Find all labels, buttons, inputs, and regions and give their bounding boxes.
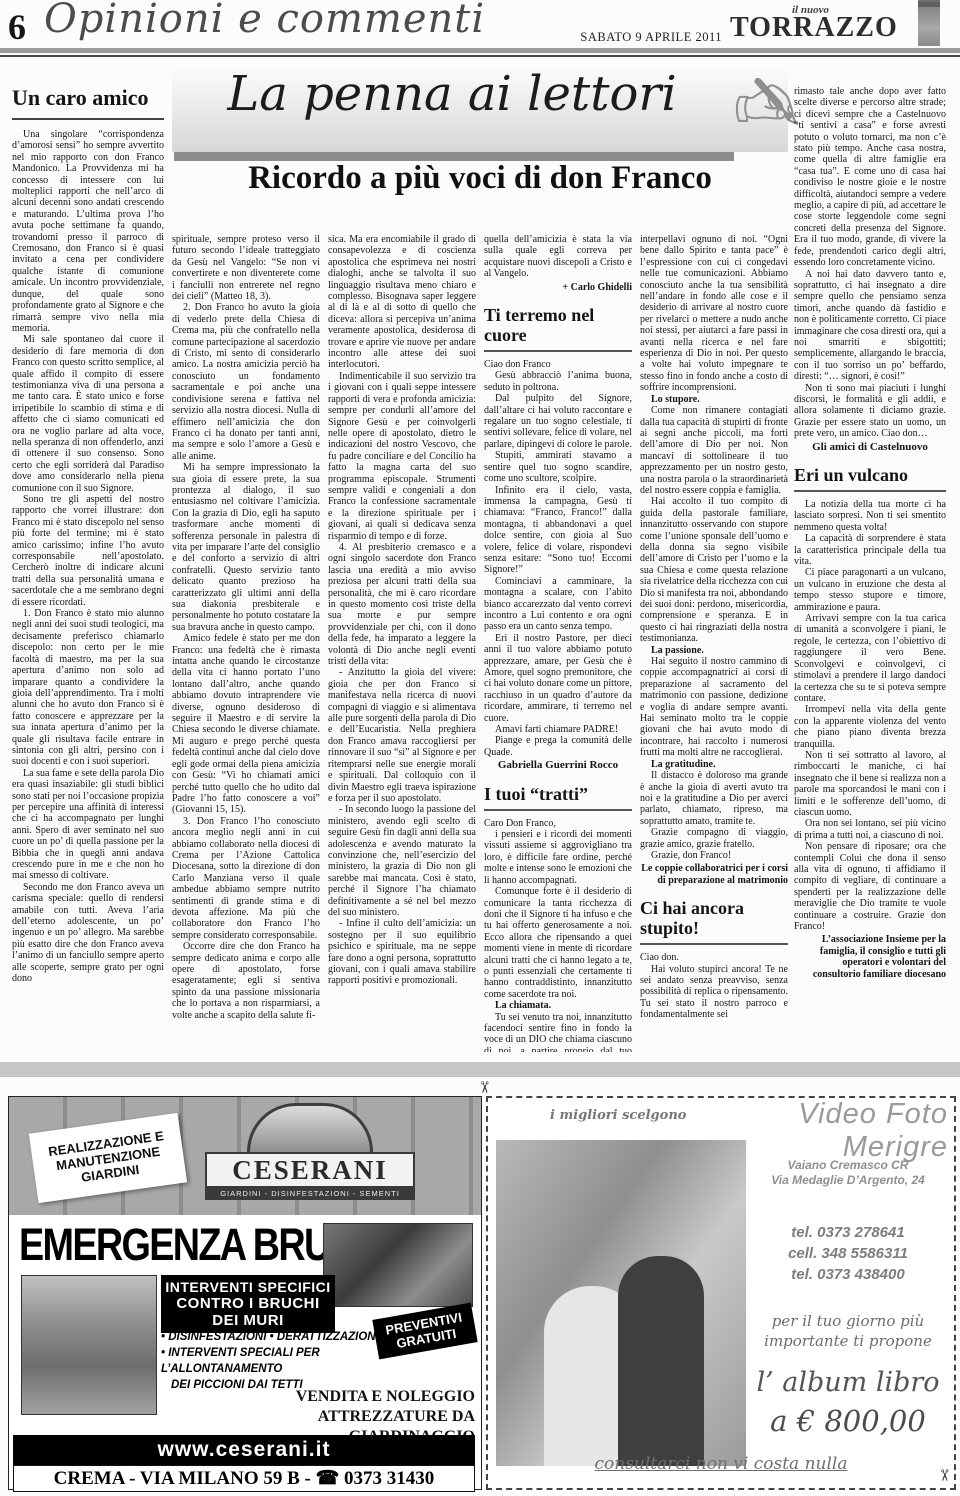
ceserani-arch-emblem bbox=[247, 1103, 373, 1152]
paragraph: Caro Don Franco, bbox=[484, 818, 632, 829]
phone-number: tel. 0373 438400 bbox=[750, 1264, 946, 1285]
body-column-3: quella dell’amicizia è stata la via sull… bbox=[484, 234, 632, 1052]
tower-icon bbox=[918, 2, 940, 46]
paragraph: Comunque forte è il desiderio di comunic… bbox=[484, 886, 632, 1000]
paragraph: sica. Ma era encomiabile il grado di con… bbox=[328, 234, 476, 371]
article-un-caro-amico: Un caro amico Una singolare “corrisponde… bbox=[12, 86, 164, 1052]
signature-carlo-ghidelli: + Carlo Ghidelli bbox=[484, 282, 632, 293]
paragraph: La capacità di sorprendere è stata la ca… bbox=[794, 533, 946, 567]
paragraph: Indimenticabile il suo servizio tra i gi… bbox=[328, 371, 476, 542]
subhead-ci-hai-ancora-stupito: Ci hai ancora stupito! bbox=[640, 890, 788, 945]
body-column-4: interpellavi ognuno di noi. “Ogni bene d… bbox=[640, 234, 788, 1052]
scissors-icon: ✂ bbox=[935, 1469, 954, 1482]
ceserani-website-link[interactable]: www.ceserani.it bbox=[13, 1435, 475, 1465]
ads-divider-bar bbox=[0, 1062, 960, 1077]
paragraph: Tu sei venuto tra noi, innanzitutto face… bbox=[484, 1012, 632, 1052]
interventi-box: INTERVENTI SPECIFICI CONTRO I BRUCHI DEI… bbox=[161, 1275, 335, 1333]
poem-line: Stupiti, ammirati stavamo a sentire quel… bbox=[484, 450, 632, 484]
banner-title: La penna ai lettori bbox=[172, 66, 732, 122]
interventi-line2: CONTRO I BRUCHI DEI MURI bbox=[165, 1295, 331, 1329]
poem-line: Dal pulpito del Signore, dall’altare ci … bbox=[484, 393, 632, 450]
poem-line: Piange e prega la comunità delle Quade. bbox=[484, 735, 632, 758]
interventi-line1: INTERVENTI SPECIFICI bbox=[165, 1279, 331, 1295]
garden-services-card: REALIZZAZIONE E MANUTENZIONE GIARDINI bbox=[29, 1113, 187, 1203]
ceserani-brand-name: CESERANI bbox=[205, 1152, 415, 1188]
run-in-head-la-gratitudine: La gratitudine. bbox=[640, 759, 788, 770]
subhead-eri-un-vulcano: Eri un vulcano bbox=[794, 457, 946, 492]
paragraph: 2. Don Franco ho avuto la gioia di veder… bbox=[172, 302, 320, 462]
run-in-head-la-passione: La passione. bbox=[640, 645, 788, 656]
paragraph: Amico fedele è stato per me don Franco: … bbox=[172, 633, 320, 816]
photo-detail bbox=[618, 1256, 704, 1466]
poem-line: Amavi farti chiamare PADRE! bbox=[484, 724, 632, 735]
ceserani-logo: CESERANI GIARDINI - DISINFESTAZIONI - SE… bbox=[205, 1103, 415, 1200]
paragraph: La sua fame e sete della parola Dio era … bbox=[12, 768, 164, 882]
article-title: Un caro amico bbox=[12, 86, 164, 120]
merigre-phones: tel. 0373 278641 cell. 348 5586311 tel. … bbox=[750, 1222, 946, 1285]
paragraph: Ciao don. bbox=[640, 952, 788, 963]
paragraph: Una singolare “corrispondenza d’amorosi … bbox=[12, 129, 164, 334]
masthead-name: TORRAZZO bbox=[730, 12, 898, 44]
paragraph: - In secondo luogo la passione del minis… bbox=[328, 804, 476, 918]
building-photo bbox=[21, 1275, 157, 1415]
run-in-head-la-chiamata: La chiamata. bbox=[484, 1000, 632, 1011]
paragraph: - Anzitutto la gioia del vivere: gioia c… bbox=[328, 667, 476, 804]
paragraph: spirituale, sempre proteso verso il futu… bbox=[172, 234, 320, 302]
signature-coppie-collaboratrici: Le coppie collaboratrici per i corsi di … bbox=[640, 863, 788, 886]
promo-line: importante ti propone bbox=[750, 1331, 946, 1351]
writing-hand-icon: ✍ bbox=[733, 58, 800, 151]
paragraph: Ora non sei lontano, sei più vicino di p… bbox=[794, 818, 946, 841]
service-item: • INTERVENTI SPECIALI PER L’ALLONTANAMEN… bbox=[161, 1345, 391, 1377]
paragraph: Non ti sono mai piaciuti i lunghi discor… bbox=[794, 383, 946, 440]
poem-line: Cominciavi a camminare, la montagna a sc… bbox=[484, 576, 632, 633]
paragraph: Mi ha sempre impressionato la sua gioia … bbox=[172, 462, 320, 633]
paragraph: Grazie, don Franco! bbox=[640, 850, 788, 861]
paragraph: 3. Don Franco l’ho conosciuto ancora meg… bbox=[172, 816, 320, 941]
paragraph: Hai seguito il nostro cammino di coppie … bbox=[640, 656, 788, 759]
body-column-1: spirituale, sempre proteso verso il futu… bbox=[172, 234, 320, 1052]
paragraph: Ci piace paragonarti a un vulcano, un vu… bbox=[794, 567, 946, 613]
merigre-city: Vaiano Cremasco CR bbox=[750, 1158, 946, 1173]
paragraph: Mi sale spontaneo dal cuore il desiderio… bbox=[12, 334, 164, 494]
phone-number: tel. 0373 278641 bbox=[750, 1222, 946, 1243]
page-number: 6 bbox=[8, 6, 26, 48]
scissors-icon: ✂ bbox=[475, 1081, 494, 1094]
poem-line: Infinito era il cielo, vasta, immensa la… bbox=[484, 485, 632, 576]
paragraph: Hai voluto stupirci ancora! Te ne sei an… bbox=[640, 964, 788, 1021]
paragraph: Sono tre gli aspetti del nostro rapporto… bbox=[12, 494, 164, 608]
poem-line: Ciao don Franco bbox=[484, 359, 632, 370]
paragraph: Occorre dire che don Franco ha sempre de… bbox=[172, 941, 320, 1021]
merigre-price: a € 800,00 bbox=[750, 1404, 946, 1438]
paragraph: Non pensare di riposare; ora che contemp… bbox=[794, 841, 946, 932]
merigre-promo: per il tuo giorno più importante ti prop… bbox=[750, 1311, 946, 1351]
merigre-product: l’ album libro bbox=[750, 1367, 946, 1398]
paragraph: Secondo me don Franco aveva un carisma s… bbox=[12, 882, 164, 985]
merigre-tagline: i migliori scelgono bbox=[550, 1108, 686, 1123]
merigre-footer-slogan: consultarci non vi costa nulla bbox=[488, 1454, 954, 1474]
ad-video-foto-merigre: i migliori scelgono Video Foto Merigre V… bbox=[486, 1096, 956, 1490]
paragraph: A noi hai dato davvero tanto e, soprattu… bbox=[794, 269, 946, 383]
paragraph: - Infine il culto dell’amicizia: un sost… bbox=[328, 918, 476, 986]
ad-ceserani: REALIZZAZIONE E MANUTENZIONE GIARDINI CE… bbox=[8, 1096, 482, 1490]
paragraph: quella dell’amicizia è stata la via sull… bbox=[484, 234, 632, 280]
feature-headline: Ricordo a più voci di don Franco bbox=[172, 160, 788, 197]
ceserani-address: CREMA - VIA MILANO 59 B - ☎ 0373 31430 bbox=[13, 1465, 475, 1492]
header-rule-thick bbox=[0, 48, 960, 53]
ceserani-brand-subline: GIARDINI - DISINFESTAZIONI - SEMENTI bbox=[205, 1188, 415, 1200]
run-in-head-lo-stupore: Lo stupore. bbox=[640, 394, 788, 405]
subhead-i-tuoi-tratti: I tuoi “tratti” bbox=[484, 776, 632, 811]
offer-line: VENDITA E NOLEGGIO bbox=[199, 1387, 475, 1407]
preventivi-gratuiti-badge: PREVENTIVI GRATUITI bbox=[372, 1303, 477, 1360]
service-item: • DISINFESTAZIONI • DERATTIZZAZIONI bbox=[161, 1329, 391, 1345]
date-line: SABATO 9 APRILE 2011 bbox=[580, 30, 722, 45]
section-title: Opinioni e commenti bbox=[44, 0, 485, 42]
signature-gabriella-guerrini-rocco: Gabriella Guerrini Rocco bbox=[484, 760, 632, 771]
subhead-ti-terremo-nel-cuore: Ti terremo nel cuore bbox=[484, 297, 632, 352]
body-column-5: rimasto tale anche dopo aver fatto scelt… bbox=[794, 86, 946, 1052]
feature-banner: La penna ai lettori ✍ Ricordo a più voci… bbox=[172, 60, 788, 232]
paragraph: interpellavi ognuno di noi. “Ogni bene d… bbox=[640, 234, 788, 394]
paragraph: Hai accolto il tuo compito di guida dell… bbox=[640, 496, 788, 644]
paragraph: La notizia della tua morte ci ha lasciat… bbox=[794, 499, 946, 533]
paragraph: Il distacco è doloroso ma grande è anche… bbox=[640, 770, 788, 827]
paragraph: 1. Don Franco è stato mio alunno negli a… bbox=[12, 608, 164, 768]
body-column-2: sica. Ma era encomiabile il grado di con… bbox=[328, 234, 476, 1052]
paragraph: Come non rimanere contagiati dalla tua c… bbox=[640, 405, 788, 496]
paragraph: Irrompevi nella vita della gente con la … bbox=[794, 704, 946, 750]
paragraph: 4. Al presbiterio cremasco e a ogni sing… bbox=[328, 542, 476, 667]
paragraph: Non ti sei sottratto al lavoro, al rimbo… bbox=[794, 750, 946, 818]
merigre-street: Via Medaglie D’Argento, 24 bbox=[750, 1173, 946, 1188]
newspaper-page: 6 Opinioni e commenti SABATO 9 APRILE 20… bbox=[0, 0, 960, 1496]
signature-consultorio-familiare: L’associazione Insieme per la famiglia, … bbox=[794, 934, 946, 980]
paragraph: rimasto tale anche dopo aver fatto scelt… bbox=[794, 86, 946, 269]
merigre-contact-block: Vaiano Cremasco CR Via Medaglie D’Argent… bbox=[750, 1158, 946, 1438]
wedding-photo bbox=[496, 1140, 746, 1466]
promo-line: per il tuo giorno più bbox=[750, 1311, 946, 1331]
services-list: • DISINFESTAZIONI • DERATTIZZAZIONI • IN… bbox=[161, 1329, 391, 1393]
paragraph: Grazie compagno di viaggio, grazie amico… bbox=[640, 827, 788, 850]
masthead: il nuovo TORRAZZO bbox=[730, 2, 940, 48]
ceserani-header-photo: REALIZZAZIONE E MANUTENZIONE GIARDINI CE… bbox=[9, 1097, 481, 1215]
phone-number: cell. 348 5586311 bbox=[750, 1243, 946, 1264]
paragraph: Arrivavi sempre con la tua carica di uma… bbox=[794, 613, 946, 704]
paragraph: i pensieri e i ricordi dei momenti vissu… bbox=[484, 829, 632, 886]
header-rule-thin bbox=[0, 55, 960, 57]
poem-line: Gesù abbracciò l’anima buona, seduto in … bbox=[484, 370, 632, 393]
tractor-photo bbox=[323, 1223, 473, 1307]
signature-gli-amici-di-castelnuovo: Gli amici di Castelnuovo bbox=[794, 442, 946, 453]
poem-line: Eri il nostro Pastore, per dieci anni il… bbox=[484, 633, 632, 724]
